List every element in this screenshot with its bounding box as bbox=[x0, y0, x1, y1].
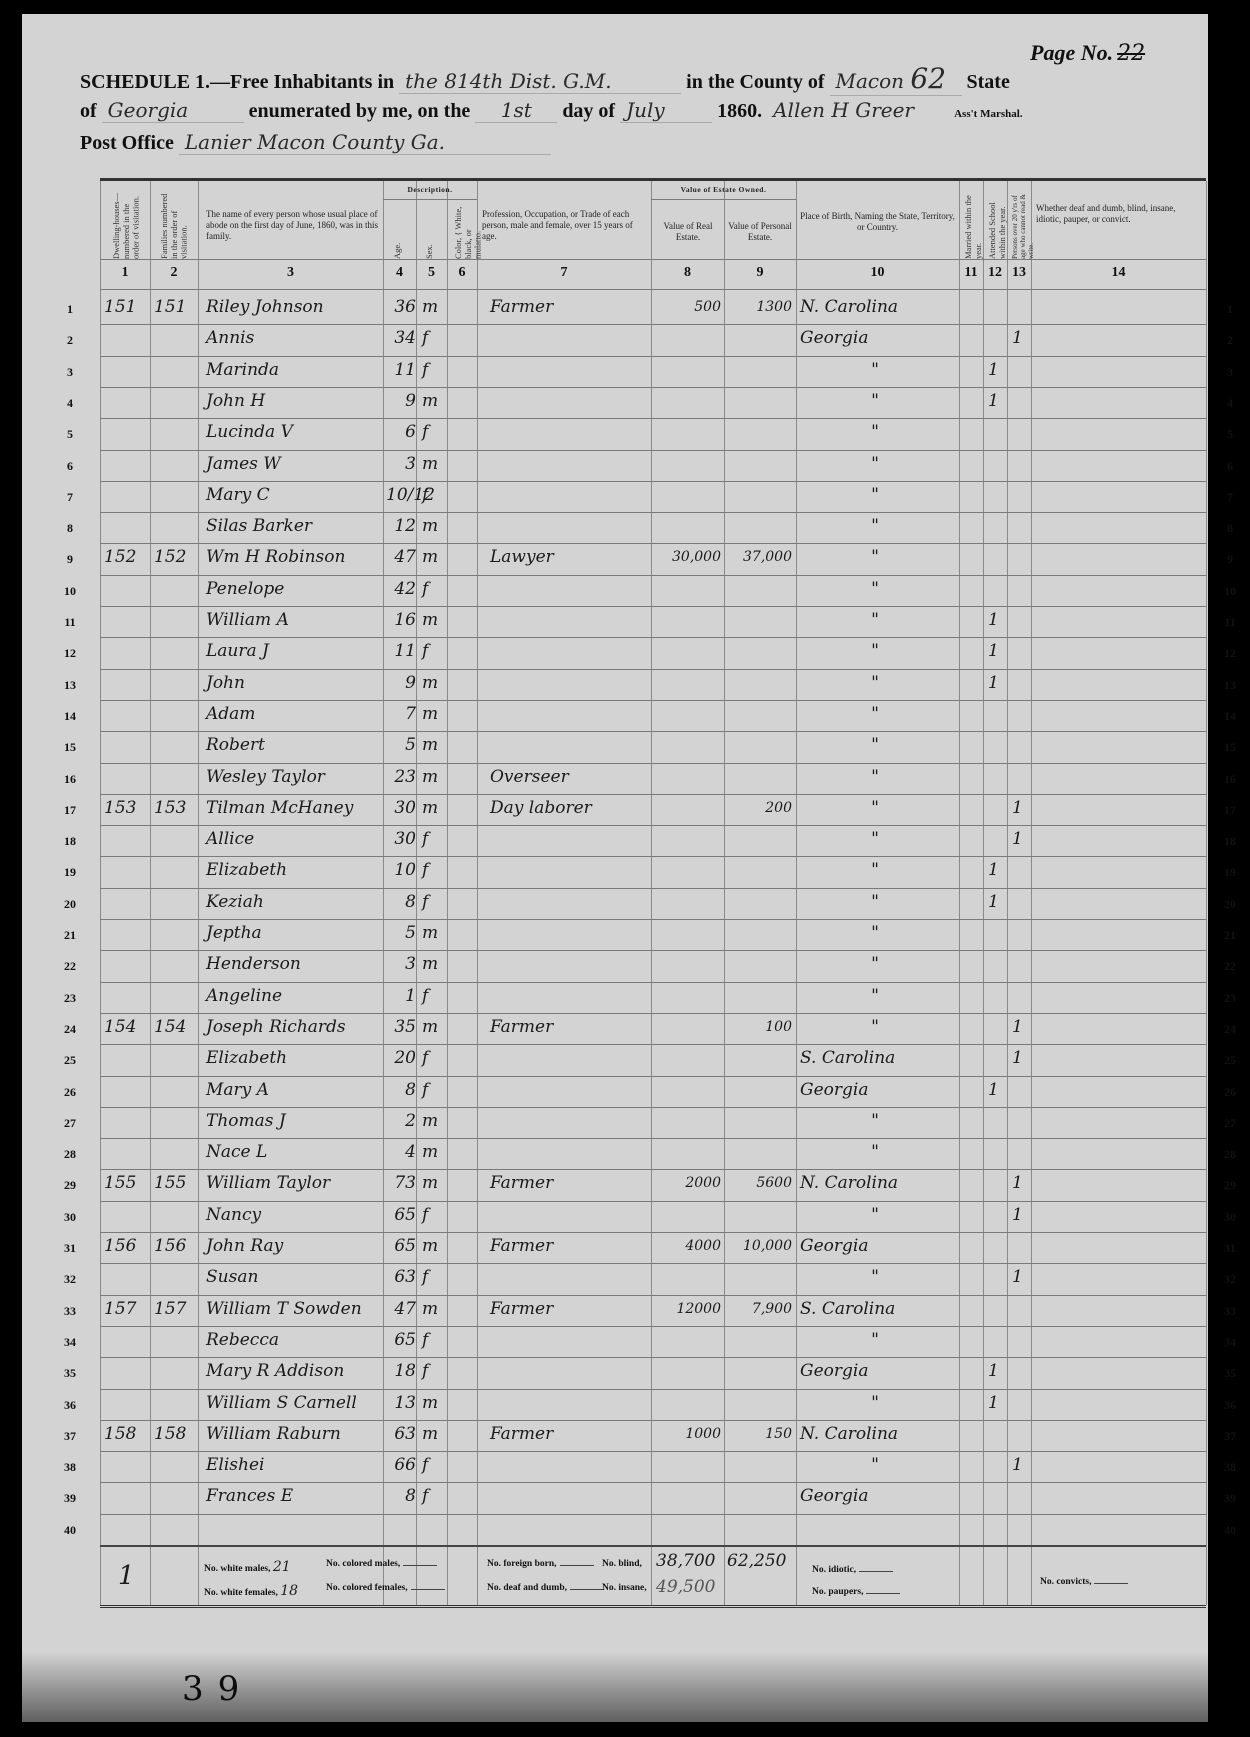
person-name: Jeptha bbox=[206, 923, 262, 943]
person-name: Henderson bbox=[206, 954, 301, 974]
person-age: 47 bbox=[386, 547, 416, 567]
header-birthplace: Place of Birth, Naming the State, Territ… bbox=[800, 211, 955, 233]
birthplace: " bbox=[800, 1017, 950, 1037]
line-number-right: 9 bbox=[1220, 552, 1240, 567]
row-divider bbox=[100, 1232, 1206, 1233]
deaf-dumb-label: No. deaf and dumb, bbox=[487, 1583, 567, 1593]
person-name: John Ray bbox=[206, 1236, 283, 1256]
column-number: 6 bbox=[447, 265, 477, 281]
person-age: 3 bbox=[386, 454, 416, 474]
person-sex: f bbox=[422, 1361, 428, 1381]
row-divider bbox=[100, 794, 1206, 795]
person-sex: m bbox=[422, 767, 438, 787]
person-name: Silas Barker bbox=[206, 516, 312, 536]
tally-mark: 1 bbox=[118, 1561, 135, 1591]
person-name: William Taylor bbox=[206, 1173, 330, 1193]
person-sex: f bbox=[422, 1455, 428, 1475]
row-divider bbox=[100, 1420, 1206, 1421]
day-of-label: day of bbox=[562, 100, 615, 122]
column-number: 3 bbox=[198, 265, 383, 281]
line-number-left: 9 bbox=[60, 552, 80, 567]
person-name: Lucinda V bbox=[206, 422, 293, 442]
birthplace: S. Carolina bbox=[800, 1048, 955, 1068]
person-occupation: Farmer bbox=[490, 1173, 553, 1193]
line-number-left: 6 bbox=[60, 459, 80, 474]
person-age: 2 bbox=[386, 1111, 416, 1131]
person-age: 63 bbox=[386, 1424, 416, 1444]
attended-school-mark: 1 bbox=[988, 1361, 999, 1381]
row-divider bbox=[100, 1389, 1206, 1390]
line-number-left: 37 bbox=[60, 1429, 80, 1444]
person-age: 9 bbox=[386, 391, 416, 411]
person-name: Joseph Richards bbox=[206, 1017, 346, 1037]
line-number-left: 40 bbox=[60, 1523, 80, 1538]
birthplace: " bbox=[800, 735, 950, 755]
family-number: 154 bbox=[154, 1017, 186, 1037]
person-age: 66 bbox=[386, 1455, 416, 1475]
person-occupation: Lawyer bbox=[490, 547, 554, 567]
person-name: Riley Johnson bbox=[206, 297, 324, 317]
line-number-right: 17 bbox=[1220, 803, 1240, 818]
line-number-right: 33 bbox=[1220, 1304, 1240, 1319]
col-divider bbox=[477, 181, 478, 1605]
column-number: 10 bbox=[796, 265, 959, 281]
illiterate-mark: 1 bbox=[1012, 1173, 1023, 1193]
attended-school-mark: 1 bbox=[988, 673, 999, 693]
attended-school-mark: 1 bbox=[988, 1080, 999, 1100]
birthplace: " bbox=[800, 1267, 950, 1287]
person-name: Adam bbox=[206, 704, 255, 724]
birthplace: " bbox=[800, 547, 950, 567]
idiotic: No. idiotic, bbox=[812, 1565, 893, 1575]
person-name: Wesley Taylor bbox=[206, 767, 325, 787]
attended-school-mark: 1 bbox=[988, 641, 999, 661]
birthplace: " bbox=[800, 704, 950, 724]
attended-school-mark: 1 bbox=[988, 1393, 999, 1413]
row-divider bbox=[100, 1076, 1206, 1077]
line-number-right: 11 bbox=[1220, 615, 1240, 630]
illiterate-mark: 1 bbox=[1012, 1048, 1023, 1068]
illiterate-mark: 1 bbox=[1012, 1205, 1023, 1225]
real-estate-value: 2000 bbox=[653, 1175, 721, 1191]
person-sex: m bbox=[422, 1111, 438, 1131]
dwelling-number: 155 bbox=[104, 1173, 136, 1193]
row-divider bbox=[100, 481, 1206, 482]
line-number-right: 4 bbox=[1220, 396, 1240, 411]
row-divider bbox=[100, 1138, 1206, 1139]
person-age: 12 bbox=[386, 516, 416, 536]
illiterate-mark: 1 bbox=[1012, 1017, 1023, 1037]
line-number-left: 25 bbox=[60, 1053, 80, 1068]
birthplace: " bbox=[800, 1455, 950, 1475]
paupers-label: No. paupers, bbox=[812, 1587, 863, 1597]
birthplace: Georgia bbox=[800, 1486, 955, 1506]
page-number-label: Page No. bbox=[1030, 40, 1113, 65]
row-divider bbox=[100, 919, 1206, 920]
person-age: 20 bbox=[386, 1048, 416, 1068]
line-number-left: 29 bbox=[60, 1178, 80, 1193]
person-age: 8 bbox=[386, 892, 416, 912]
illiterate-mark: 1 bbox=[1012, 1267, 1023, 1287]
row-divider bbox=[100, 356, 1206, 357]
convicts: No. convicts, bbox=[1040, 1577, 1128, 1587]
combined-total: 49,500 bbox=[656, 1577, 715, 1597]
colored-males: No. colored males, bbox=[326, 1559, 437, 1569]
person-sex: m bbox=[422, 1424, 438, 1444]
person-age: 63 bbox=[386, 1267, 416, 1287]
attended-school-mark: 1 bbox=[988, 610, 999, 630]
col-divider bbox=[100, 181, 101, 1605]
dwelling-number: 154 bbox=[104, 1017, 136, 1037]
birthplace: " bbox=[800, 829, 950, 849]
row-divider bbox=[100, 637, 1206, 638]
line-number-right: 8 bbox=[1220, 521, 1240, 536]
person-sex: m bbox=[422, 1173, 438, 1193]
person-age: 30 bbox=[386, 798, 416, 818]
person-sex: f bbox=[422, 485, 428, 505]
person-age: 18 bbox=[386, 1361, 416, 1381]
line-number-right: 35 bbox=[1220, 1366, 1240, 1381]
birthplace: " bbox=[800, 1205, 950, 1225]
line-number-right: 31 bbox=[1220, 1241, 1240, 1256]
row-divider bbox=[100, 1295, 1206, 1296]
post-office-label: Post Office bbox=[80, 132, 174, 154]
line-number-left: 19 bbox=[60, 865, 80, 880]
person-name: John H bbox=[206, 391, 265, 411]
attended-school-mark: 1 bbox=[988, 360, 999, 380]
row-divider bbox=[100, 1201, 1206, 1202]
person-name: Rebecca bbox=[206, 1330, 279, 1350]
page-number: Page No.22 bbox=[1030, 40, 1145, 66]
row-divider bbox=[100, 700, 1206, 701]
line-number-right: 37 bbox=[1220, 1429, 1240, 1444]
enumeration-line: of Georgia enumerated by me, on the 1st … bbox=[80, 98, 1023, 123]
colored-females: No. colored females, bbox=[326, 1583, 445, 1593]
idiotic-label: No. idiotic, bbox=[812, 1565, 856, 1575]
person-name: Annis bbox=[206, 328, 254, 348]
line-number-left: 18 bbox=[60, 834, 80, 849]
header-divider bbox=[100, 289, 1206, 290]
blind: No. blind, bbox=[602, 1559, 642, 1569]
row-divider bbox=[100, 606, 1206, 607]
insane: No. insane, bbox=[602, 1583, 647, 1593]
person-occupation: Overseer bbox=[490, 767, 569, 787]
column-number: 1 bbox=[100, 265, 150, 281]
line-number-right: 26 bbox=[1220, 1085, 1240, 1100]
real-estate-value: 12000 bbox=[653, 1301, 721, 1317]
column-number: 5 bbox=[416, 265, 447, 281]
person-sex: f bbox=[422, 360, 428, 380]
state-label: State bbox=[967, 71, 1010, 93]
county-label: in the County of bbox=[686, 71, 824, 93]
line-number-left: 2 bbox=[60, 333, 80, 348]
person-name: Penelope bbox=[206, 579, 284, 599]
personal-estate-value: 37,000 bbox=[726, 549, 792, 565]
line-number-right: 39 bbox=[1220, 1491, 1240, 1506]
person-sex: f bbox=[422, 1267, 428, 1287]
person-age: 35 bbox=[386, 1017, 416, 1037]
total-real-estate: 38,700 bbox=[656, 1551, 715, 1571]
person-sex: m bbox=[422, 547, 438, 567]
person-age: 10/12 bbox=[386, 485, 416, 505]
insane-label: No. insane, bbox=[602, 1583, 647, 1593]
header-real-estate: Value of Real Estate. bbox=[655, 221, 721, 243]
line-number-left: 4 bbox=[60, 396, 80, 411]
enumerated-label: enumerated by me, on the bbox=[249, 100, 471, 122]
col-divider bbox=[1007, 181, 1008, 1605]
birthplace: " bbox=[800, 516, 950, 536]
person-occupation: Farmer bbox=[490, 1236, 553, 1256]
header-description-group: Description. bbox=[383, 185, 477, 194]
row-divider bbox=[100, 418, 1206, 419]
line-number-right: 20 bbox=[1220, 897, 1240, 912]
foreign-born-label: No. foreign born, bbox=[487, 1559, 557, 1569]
line-number-left: 8 bbox=[60, 521, 80, 536]
day-field: 1st bbox=[475, 98, 557, 123]
dwelling-number: 152 bbox=[104, 547, 136, 567]
person-name: Mary R Addison bbox=[206, 1361, 344, 1381]
row-divider bbox=[100, 387, 1206, 388]
person-name: Laura J bbox=[206, 641, 269, 661]
person-sex: m bbox=[422, 610, 438, 630]
birthplace: " bbox=[800, 360, 950, 380]
white-males-label: No. white males, bbox=[204, 1564, 271, 1574]
birthplace: " bbox=[800, 579, 950, 599]
footer-divider bbox=[100, 1545, 1206, 1547]
white-females: No. white females, 18 bbox=[204, 1583, 298, 1599]
row-divider bbox=[100, 731, 1206, 732]
person-name: Frances E bbox=[206, 1486, 293, 1506]
line-number-right: 30 bbox=[1220, 1210, 1240, 1225]
person-age: 65 bbox=[386, 1236, 416, 1256]
line-number-left: 21 bbox=[60, 928, 80, 943]
foreign-born: No. foreign born, bbox=[487, 1559, 594, 1569]
line-number-right: 32 bbox=[1220, 1272, 1240, 1287]
header-illiterate: Persons over 20 y'rs of age who cannot r… bbox=[1011, 185, 1035, 259]
person-age: 8 bbox=[386, 1486, 416, 1506]
attended-school-mark: 1 bbox=[988, 391, 999, 411]
year-label: 1860. bbox=[717, 100, 762, 122]
line-number-right: 28 bbox=[1220, 1147, 1240, 1162]
personal-estate-value: 100 bbox=[726, 1019, 792, 1035]
person-sex: f bbox=[422, 829, 428, 849]
person-sex: m bbox=[422, 454, 438, 474]
person-sex: m bbox=[422, 1393, 438, 1413]
dwelling-number: 151 bbox=[104, 297, 136, 317]
header-divider bbox=[100, 259, 1206, 260]
person-sex: m bbox=[422, 391, 438, 411]
dwelling-number: 158 bbox=[104, 1424, 136, 1444]
row-divider bbox=[100, 1514, 1206, 1515]
line-number-left: 23 bbox=[60, 991, 80, 1006]
person-age: 5 bbox=[386, 923, 416, 943]
colored-males-label: No. colored males, bbox=[326, 1559, 400, 1569]
page-number-overwrite: 62 bbox=[910, 62, 946, 95]
colored-females-label: No. colored females, bbox=[326, 1583, 408, 1593]
line-number-right: 21 bbox=[1220, 928, 1240, 943]
line-number-left: 27 bbox=[60, 1116, 80, 1131]
person-sex: m bbox=[422, 1142, 438, 1162]
personal-estate-value: 150 bbox=[726, 1426, 792, 1442]
total-personal-estate: 62,250 bbox=[727, 1551, 786, 1571]
person-age: 36 bbox=[386, 297, 416, 317]
person-age: 9 bbox=[386, 673, 416, 693]
row-divider bbox=[100, 450, 1206, 451]
schedule-title-line: SCHEDULE 1.—Free Inhabitants in the 814t… bbox=[80, 62, 1010, 96]
person-occupation: Day laborer bbox=[490, 798, 592, 818]
family-number: 152 bbox=[154, 547, 186, 567]
line-number-right: 14 bbox=[1220, 709, 1240, 724]
personal-estate-value: 7,900 bbox=[726, 1301, 792, 1317]
line-number-left: 20 bbox=[60, 897, 80, 912]
line-number-right: 23 bbox=[1220, 991, 1240, 1006]
line-number-right: 5 bbox=[1220, 427, 1240, 442]
person-sex: m bbox=[422, 1299, 438, 1319]
person-name: Susan bbox=[206, 1267, 258, 1287]
person-sex: m bbox=[422, 704, 438, 724]
birthplace: " bbox=[800, 1111, 950, 1131]
person-age: 16 bbox=[386, 610, 416, 630]
marshal-label: Ass't Marshal. bbox=[954, 108, 1022, 120]
row-divider bbox=[100, 1263, 1206, 1264]
family-number: 157 bbox=[154, 1299, 186, 1319]
dwelling-number: 157 bbox=[104, 1299, 136, 1319]
person-name: James W bbox=[206, 454, 281, 474]
person-age: 65 bbox=[386, 1205, 416, 1225]
birthplace: Georgia bbox=[800, 1236, 955, 1256]
person-age: 1 bbox=[386, 986, 416, 1006]
line-number-left: 30 bbox=[60, 1210, 80, 1225]
header-school: Attended School within the year. bbox=[988, 185, 1008, 259]
schedule-title: SCHEDULE 1.—Free Inhabitants in bbox=[80, 71, 394, 93]
person-name: Nancy bbox=[206, 1205, 261, 1225]
birthplace: " bbox=[800, 986, 950, 1006]
line-number-right: 36 bbox=[1220, 1398, 1240, 1413]
line-number-right: 18 bbox=[1220, 834, 1240, 849]
birthplace: " bbox=[800, 892, 950, 912]
line-number-right: 12 bbox=[1220, 646, 1240, 661]
month-field: July bbox=[620, 98, 712, 123]
column-number: 9 bbox=[724, 265, 796, 281]
row-divider bbox=[100, 1013, 1206, 1014]
person-sex: f bbox=[422, 422, 428, 442]
person-occupation: Farmer bbox=[490, 297, 553, 317]
birthplace: " bbox=[800, 923, 950, 943]
attended-school-mark: 1 bbox=[988, 892, 999, 912]
person-name: William Raburn bbox=[206, 1424, 341, 1444]
birthplace: Georgia bbox=[800, 1080, 955, 1100]
row-divider bbox=[100, 982, 1206, 983]
row-divider bbox=[100, 669, 1206, 670]
birthplace: " bbox=[800, 391, 950, 411]
person-sex: f bbox=[422, 328, 428, 348]
person-name: Robert bbox=[206, 735, 265, 755]
row-divider bbox=[100, 1169, 1206, 1170]
person-name: Nace L bbox=[206, 1142, 267, 1162]
post-office-line: Post Office Lanier Macon County Ga. bbox=[80, 130, 551, 155]
col-divider bbox=[447, 181, 448, 1605]
person-age: 73 bbox=[386, 1173, 416, 1193]
line-number-right: 22 bbox=[1220, 959, 1240, 974]
person-sex: f bbox=[422, 986, 428, 1006]
person-sex: m bbox=[422, 297, 438, 317]
row-divider bbox=[100, 1482, 1206, 1483]
row-divider bbox=[100, 1107, 1206, 1108]
post-office-field: Lanier Macon County Ga. bbox=[179, 130, 551, 155]
marshal-name: Allen H Greer bbox=[767, 98, 949, 122]
line-number-left: 13 bbox=[60, 678, 80, 693]
person-occupation: Farmer bbox=[490, 1017, 553, 1037]
family-number: 155 bbox=[154, 1173, 186, 1193]
convicts-label: No. convicts, bbox=[1040, 1577, 1091, 1587]
column-number: 13 bbox=[1007, 265, 1031, 281]
line-number-left: 5 bbox=[60, 427, 80, 442]
deaf-dumb: No. deaf and dumb, bbox=[487, 1583, 604, 1593]
person-name: Tilman McHaney bbox=[206, 798, 353, 818]
row-divider bbox=[100, 575, 1206, 576]
birthplace: Georgia bbox=[800, 1361, 955, 1381]
family-number: 158 bbox=[154, 1424, 186, 1444]
family-number: 153 bbox=[154, 798, 186, 818]
row-divider bbox=[100, 324, 1206, 325]
line-number-right: 25 bbox=[1220, 1053, 1240, 1068]
district-field: the 814th Dist. G.M. bbox=[399, 69, 681, 94]
line-number-right: 29 bbox=[1220, 1178, 1240, 1193]
line-number-right: 24 bbox=[1220, 1022, 1240, 1037]
birthplace: " bbox=[800, 1142, 950, 1162]
line-number-left: 3 bbox=[60, 365, 80, 380]
line-number-left: 14 bbox=[60, 709, 80, 724]
line-number-right: 2 bbox=[1220, 333, 1240, 348]
line-number-right: 40 bbox=[1220, 1523, 1240, 1538]
line-number-right: 7 bbox=[1220, 490, 1240, 505]
col-divider bbox=[1031, 181, 1032, 1605]
of-label: of bbox=[80, 100, 97, 122]
header-divider bbox=[651, 199, 796, 200]
real-estate-value: 30,000 bbox=[653, 549, 721, 565]
row-divider bbox=[100, 888, 1206, 889]
line-number-left: 33 bbox=[60, 1304, 80, 1319]
column-number: 12 bbox=[983, 265, 1007, 281]
birthplace: " bbox=[800, 1393, 950, 1413]
birthplace: " bbox=[800, 422, 950, 442]
person-age: 6 bbox=[386, 422, 416, 442]
person-name: William S Carnell bbox=[206, 1393, 357, 1413]
line-number-left: 10 bbox=[60, 584, 80, 599]
person-sex: m bbox=[422, 1017, 438, 1037]
paupers: No. paupers, bbox=[812, 1587, 900, 1597]
column-number: 11 bbox=[959, 265, 983, 281]
row-divider bbox=[100, 856, 1206, 857]
census-table: Dwelling-houses—numbered in the order of… bbox=[100, 178, 1206, 1608]
line-number-left: 36 bbox=[60, 1398, 80, 1413]
row-divider bbox=[100, 825, 1206, 826]
person-age: 8 bbox=[386, 1080, 416, 1100]
real-estate-value: 1000 bbox=[653, 1426, 721, 1442]
row-divider bbox=[100, 1451, 1206, 1452]
person-sex: f bbox=[422, 579, 428, 599]
row-divider bbox=[100, 1357, 1206, 1358]
header-occupation: Profession, Occupation, or Trade of each… bbox=[482, 209, 647, 241]
personal-estate-value: 200 bbox=[726, 800, 792, 816]
family-number: 156 bbox=[154, 1236, 186, 1256]
col-divider bbox=[416, 181, 417, 1605]
line-number-right: 38 bbox=[1220, 1460, 1240, 1475]
birthplace: " bbox=[800, 798, 950, 818]
col-divider bbox=[959, 181, 960, 1605]
birthplace: Georgia bbox=[800, 328, 955, 348]
personal-estate-value: 10,000 bbox=[726, 1238, 792, 1254]
